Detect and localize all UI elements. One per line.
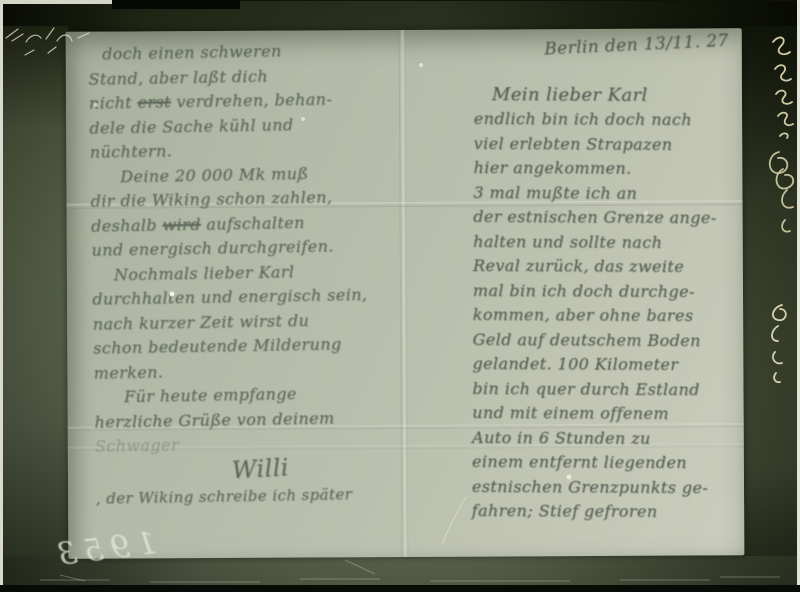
struck-word: erst bbox=[137, 92, 171, 112]
line-text: der estnischen Grenze ange- bbox=[473, 207, 716, 227]
photo-edge-top bbox=[0, 0, 118, 4]
line-text: kommen, aber ohne bares bbox=[473, 305, 694, 325]
line-text: und mit einem offenem bbox=[472, 403, 669, 423]
line-text: Berlin den 13/11. 27 bbox=[544, 31, 729, 60]
letter-line: endlich bin ich doch nach bbox=[474, 107, 800, 133]
line-text: herzliche Grüße von deinem bbox=[94, 408, 334, 431]
bottom-black-strip bbox=[0, 585, 800, 592]
line-text: Reval zurück, das zweite bbox=[473, 256, 684, 276]
letter-line: Reval zurück, das zweite bbox=[473, 254, 800, 280]
line-text: merken. bbox=[93, 362, 163, 382]
line-text: Für heute empfange bbox=[124, 384, 297, 406]
letter-line: 3 mal mußte ich an bbox=[473, 180, 800, 206]
line-text: bin ich quer durch Estland bbox=[472, 378, 700, 398]
line-text: Nochmals lieber Karl bbox=[114, 262, 295, 284]
top-black-bar bbox=[112, 0, 240, 9]
line-text: , der Wiking schreibe ich später bbox=[96, 485, 353, 507]
line-text: nach kurzer Zeit wirst du bbox=[93, 310, 310, 333]
letter-line: bin ich quer durch Estland bbox=[472, 376, 800, 402]
photographed-letter: doch einen schwerenStand, aber laßt dich… bbox=[0, 0, 800, 592]
letter-line: viel erlebten Strapazen bbox=[474, 131, 800, 157]
line-text: nüchtern. bbox=[90, 141, 173, 161]
line-text: hier angekommen. bbox=[473, 158, 631, 178]
line-text: Schwager bbox=[95, 435, 179, 455]
letter-line: gelandet. 100 Kilometer bbox=[472, 352, 800, 378]
letter-right-page: Berlin den 13/11. 27Mein lieber Karlendl… bbox=[472, 32, 800, 525]
letter-line: Auto in 6 Stunden zu bbox=[472, 425, 800, 451]
letter-line: Mein lieber Karl bbox=[474, 82, 800, 108]
line-text: dele die Sache kühl und bbox=[89, 115, 293, 138]
letter-line: der estnischen Grenze ange- bbox=[473, 205, 800, 231]
line-text: Willi bbox=[231, 453, 289, 484]
line-text: viel erlebten Strapazen bbox=[474, 133, 673, 153]
line-text: dir die Wiking schon zahlen, bbox=[90, 187, 332, 210]
line-text: doch einen schweren bbox=[102, 41, 282, 63]
line-text: fahren; Stief gefroren bbox=[472, 501, 658, 521]
line-text: aufschalten bbox=[201, 212, 305, 233]
struck-word: wird bbox=[162, 214, 201, 234]
line-text: 3 mal mußte ich an bbox=[473, 182, 637, 202]
letter-line: fahren; Stief gefroren bbox=[472, 499, 800, 525]
letter-line: Geld auf deutschem Boden bbox=[473, 327, 800, 353]
letter-line: mal bin ich doch durchge- bbox=[473, 278, 800, 304]
letter-left-page: doch einen schwerenStand, aber laßt dich… bbox=[88, 37, 426, 511]
photo-edge-left bbox=[0, 0, 3, 592]
line-text: estnischen Grenzpunkts ge- bbox=[472, 476, 708, 496]
line-text: mal bin ich doch durchge- bbox=[473, 280, 695, 300]
line-text: endlich bin ich doch nach bbox=[474, 109, 692, 129]
line-text: einem entfernt liegenden bbox=[472, 452, 687, 472]
line-text: durchhalten und energisch sein, bbox=[92, 285, 367, 309]
letter-line: estnischen Grenzpunkts ge- bbox=[472, 474, 800, 500]
letter-line: einem entfernt liegenden bbox=[472, 450, 800, 476]
line-text: gelandet. 100 Kilometer bbox=[472, 354, 678, 374]
line-text: und energisch durchgreifen. bbox=[91, 236, 334, 259]
line-text: nicht bbox=[89, 93, 138, 113]
letter-line: kommen, aber ohne bares bbox=[473, 303, 800, 329]
letter-line: halten und sollte nach bbox=[473, 229, 800, 255]
date-line: Berlin den 13/11. 27 bbox=[474, 25, 800, 65]
line-text: Deine 20 000 Mk muß bbox=[120, 163, 309, 185]
line-text: halten und sollte nach bbox=[473, 231, 662, 251]
line-text: deshalb bbox=[91, 215, 163, 235]
letter-paper: doch einen schwerenStand, aber laßt dich… bbox=[66, 28, 745, 559]
line-text: Mein lieber Karl bbox=[492, 83, 648, 105]
letter-line: und mit einem offenem bbox=[472, 401, 800, 427]
letter-line: hier angekommen. bbox=[473, 156, 800, 182]
line-text: Geld auf deutschem Boden bbox=[473, 329, 701, 349]
line-text: schon bedeutende Milderung bbox=[93, 334, 342, 357]
line-text: verdrehen, behan- bbox=[171, 89, 333, 111]
line-text: Stand, aber laßt dich bbox=[88, 66, 268, 88]
line-text: Auto in 6 Stunden zu bbox=[472, 427, 651, 447]
